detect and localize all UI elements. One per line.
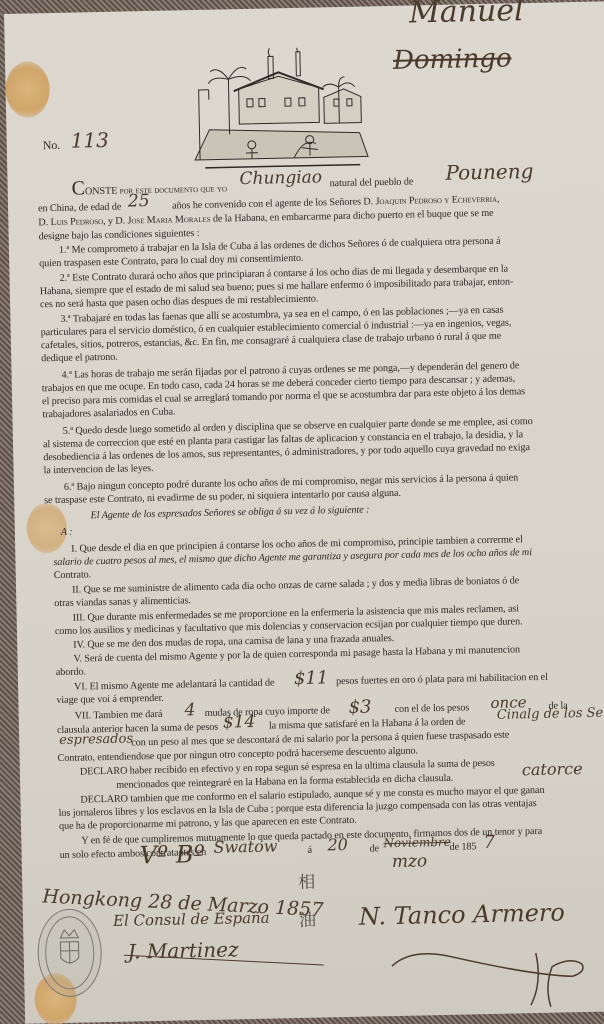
hw-month: mzo bbox=[392, 851, 428, 872]
closing-year: de 185 bbox=[449, 840, 476, 854]
glue-stain-top bbox=[5, 61, 50, 118]
chinese-stamp-char-1: 相 bbox=[298, 868, 316, 893]
obligation-VII-post: con el de los pesos bbox=[395, 701, 470, 716]
agent-heading-a: A : bbox=[61, 526, 73, 539]
chinese-stamp-char-2: 油 bbox=[299, 906, 317, 931]
crown-shield-icon bbox=[38, 909, 102, 996]
obligation-VI: VI. El mismo Agente me adelantará la can… bbox=[56, 676, 275, 707]
hw-day: 20 bbox=[327, 835, 348, 854]
hw-name-domingo: Domingo bbox=[393, 43, 512, 75]
clause-5: 5.ª Quedo desde luego sometido al orden … bbox=[43, 415, 534, 477]
clause-6: 6.ª Bajo ningun concepto podré durante l… bbox=[44, 471, 519, 507]
hw-place-swatow: Swatow bbox=[213, 836, 277, 856]
hw-consul-title: El Consul de España bbox=[113, 909, 270, 930]
contract-paper: Manuel Domingo No. 113 CONSTE por este d… bbox=[4, 1, 604, 1023]
hw-order-of: Cinalg de los Señs bbox=[497, 705, 604, 723]
hw-year-digit: 7 bbox=[483, 832, 495, 853]
hw-visto-bueno: Vº Bº bbox=[139, 840, 205, 869]
hw-espresados: espresados bbox=[59, 731, 133, 748]
clause-4: 4.ª Las horas de trabajo me serán fijada… bbox=[41, 359, 525, 421]
intro-line-2: en China, de edad de bbox=[38, 201, 121, 216]
closing-a: á bbox=[307, 844, 312, 857]
contract-number-label: No. bbox=[43, 139, 61, 152]
hw-worker-name: Chungiao bbox=[239, 167, 322, 189]
hw-month-struck: Noviembre bbox=[383, 835, 451, 850]
consulate-seal-icon bbox=[37, 908, 103, 997]
closing-de: de bbox=[369, 842, 379, 855]
hw-sum: $14 bbox=[223, 712, 256, 733]
hw-age: 25 bbox=[128, 191, 150, 211]
agent-heading: El Agente de los espresados Señores se o… bbox=[90, 503, 369, 522]
hw-name-manuel: Manuel bbox=[409, 0, 524, 31]
hw-clothes-cost: $3 bbox=[348, 696, 371, 717]
clause-3: 3.ª Trabajaré en todas las faenas que al… bbox=[40, 303, 512, 365]
obligation-VI-post: pesos fuertes en oro ó plata para mi hab… bbox=[336, 671, 548, 688]
hw-advance-amount: $11 bbox=[294, 667, 329, 689]
contract-number-value: 113 bbox=[70, 128, 109, 153]
plantation-illustration-icon bbox=[188, 46, 374, 174]
hw-agent-signature: N. Tanco Armero bbox=[359, 898, 565, 930]
drop-cap: C bbox=[71, 177, 85, 199]
hw-clothes-qty: 4 bbox=[184, 700, 195, 720]
intro-line-1-mid: natural del pueblo de bbox=[329, 175, 413, 190]
agent-paraph-icon bbox=[385, 932, 604, 1017]
obligation-VII-line1: VII. Tambien me dará bbox=[75, 708, 163, 723]
hw-town: Pouneng bbox=[445, 159, 533, 185]
hw-catorce: catorce bbox=[522, 759, 583, 779]
